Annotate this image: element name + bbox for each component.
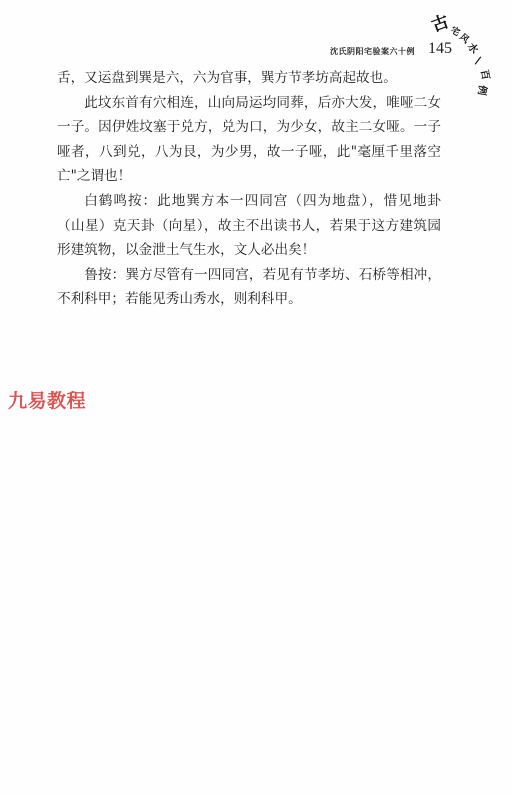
paragraph-lu-note: 鲁按：巽方尽管有一四同宫，若见有节孝坊、石桥等相冲，不利科甲；若能见秀山秀水，则… <box>57 263 441 312</box>
book-page: 沈氏阴阳宅验案六十例 145 古 宅 风 水 / 百 例 舌，又运盘到巽是六，六… <box>0 0 512 795</box>
stamp-char: 百 <box>478 69 490 81</box>
stamp-char: 风 <box>457 33 470 46</box>
body-text: 舌，又运盘到巽是六，六为官事，巽方节孝坊高起故也。 此坟东首有穴相连，山向局运均… <box>57 66 441 312</box>
stamp-char: / <box>474 55 482 67</box>
paragraph-bai-heming-note: 白鹤鸣按：此地巽方本一四同宫（四为地盘），惜见地卦（山星）克天卦（向星），故主不… <box>57 189 441 263</box>
stamp-char: 例 <box>475 84 487 96</box>
watermark: 九易教程 <box>8 386 86 413</box>
publisher-stamp-logo: 古 宅 风 水 / 百 例 <box>430 8 512 103</box>
paragraph-case-text: 此坟东首有穴相连，山向局运均同葬，后亦大发，唯哑二女一子。因伊姓坟塞于兑方，兑为… <box>57 91 441 189</box>
running-header: 沈氏阴阳宅验案六十例 <box>330 46 415 57</box>
paragraph-continuation: 舌，又运盘到巽是六，六为官事，巽方节孝坊高起故也。 <box>57 66 441 91</box>
